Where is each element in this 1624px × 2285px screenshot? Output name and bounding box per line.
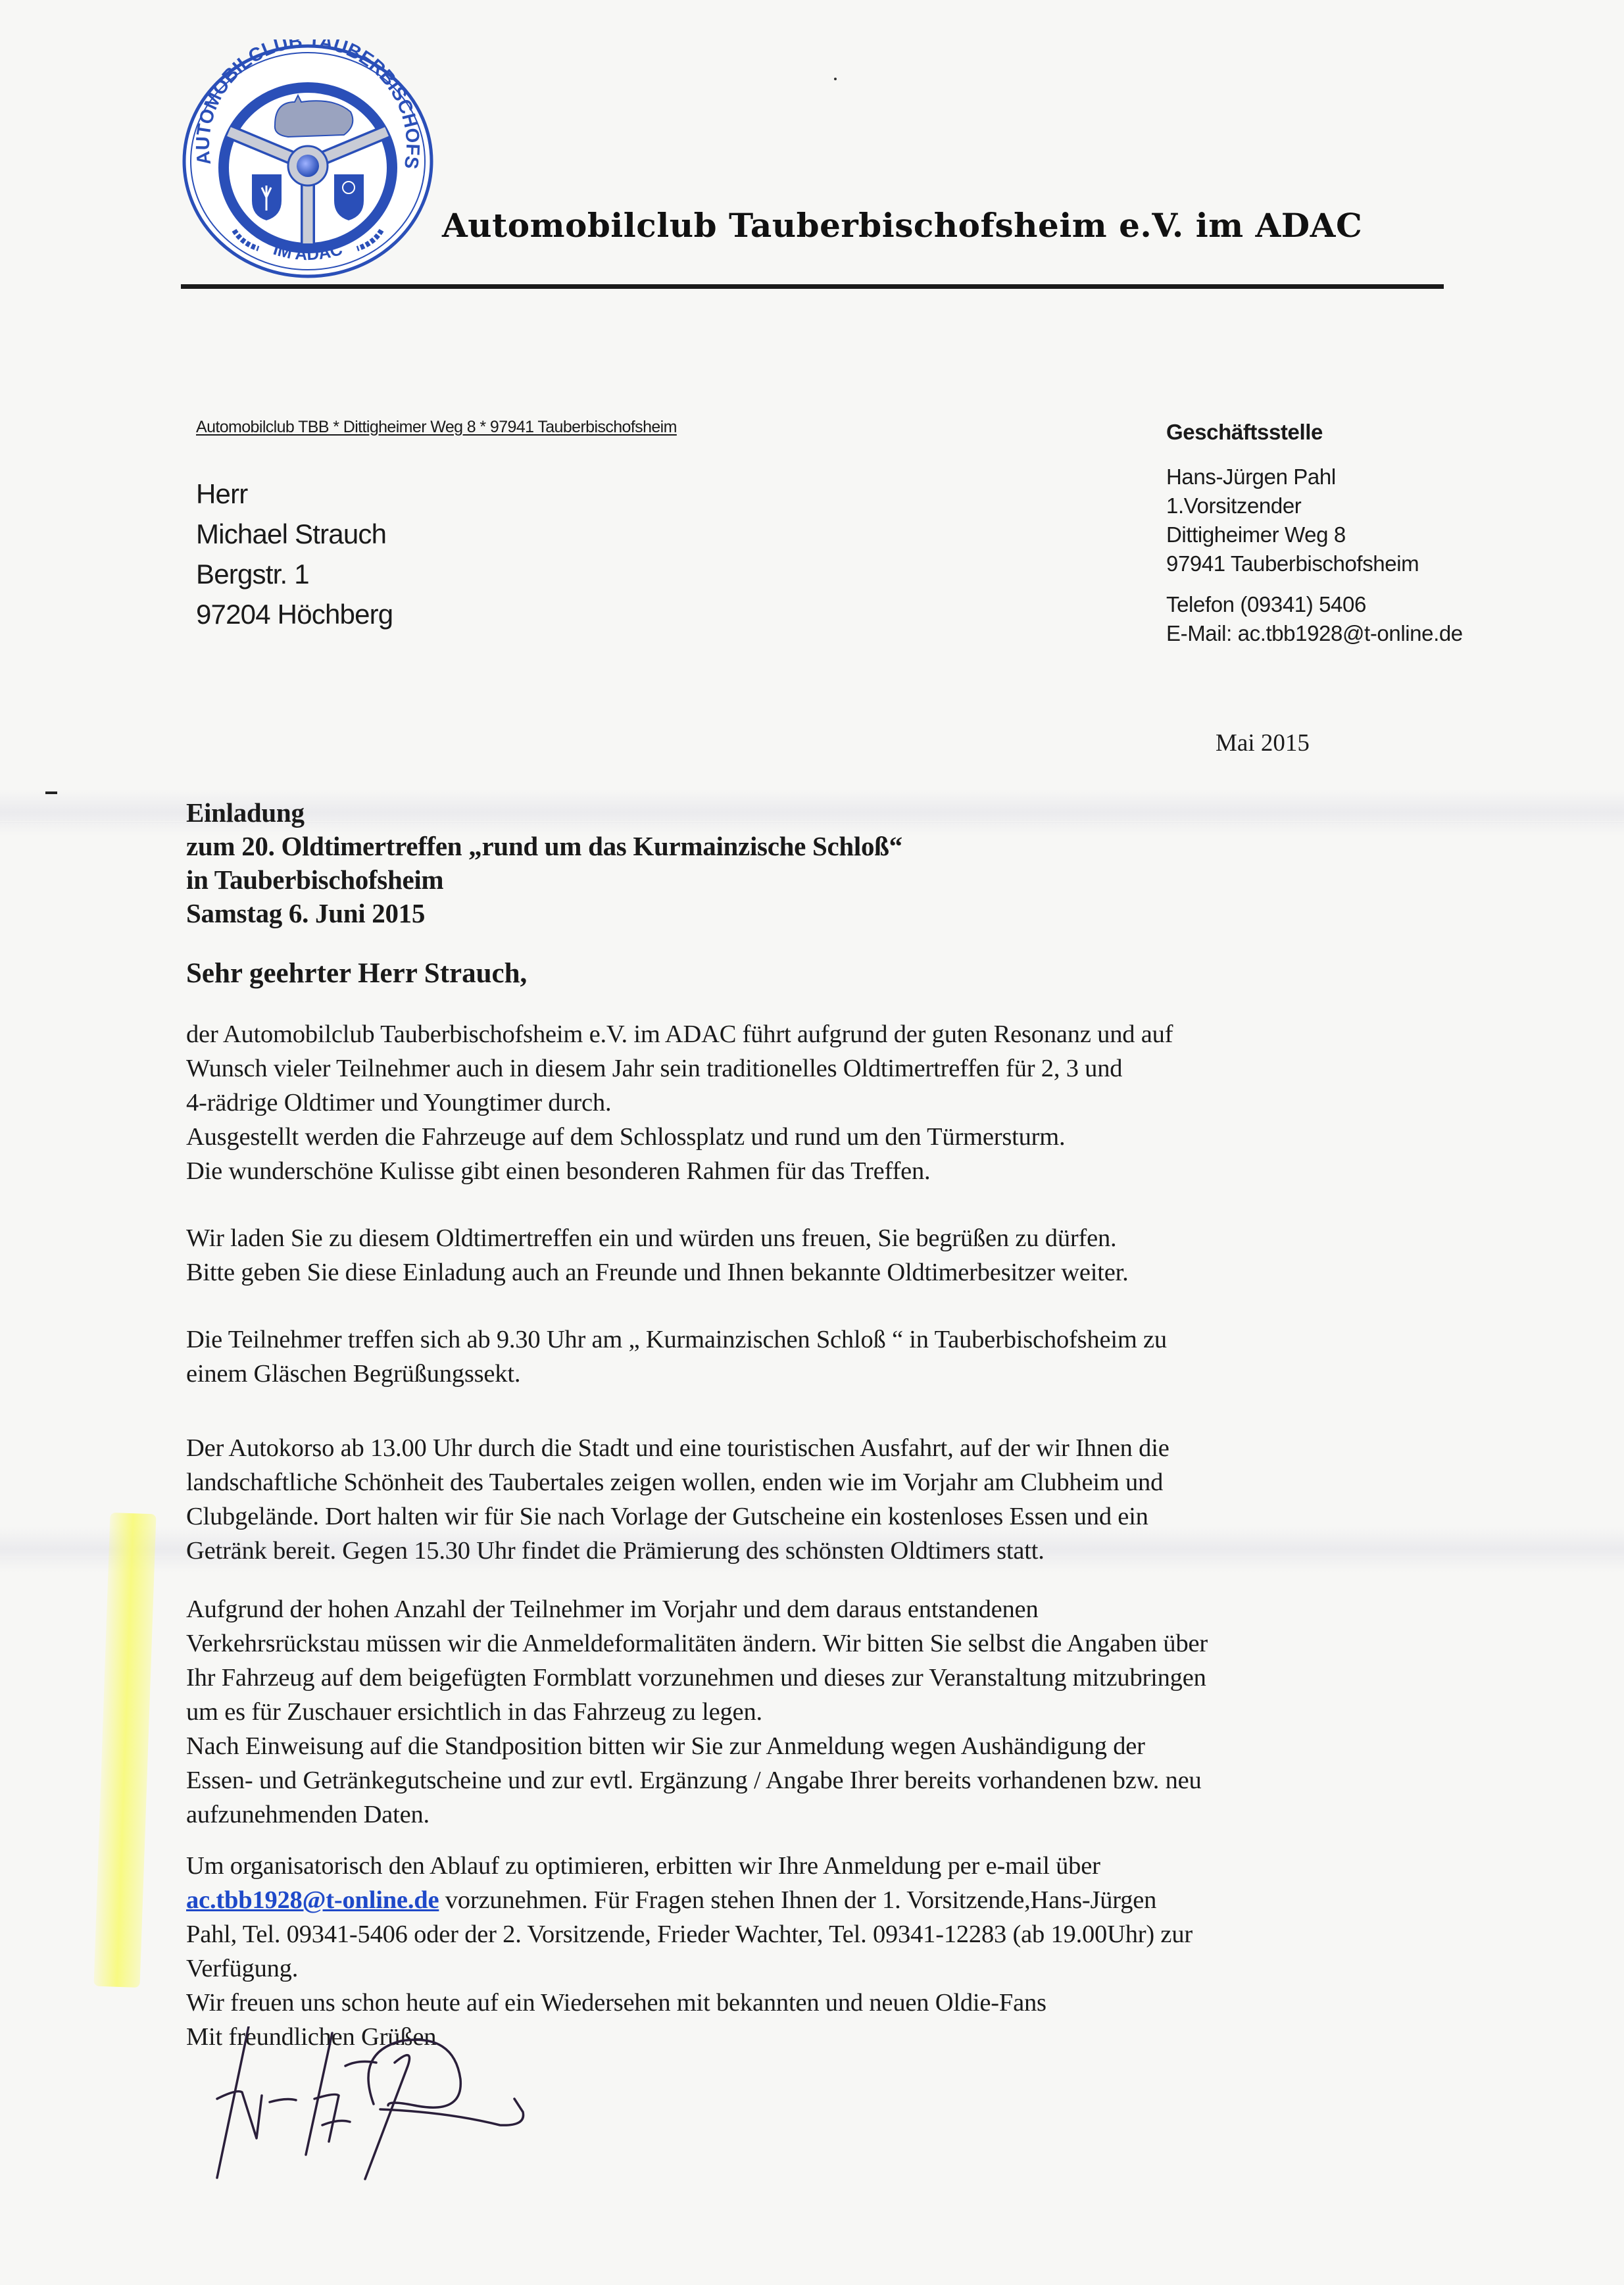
office-line: Hans-Jürgen Pahl [1166,463,1463,491]
handwritten-signature [197,2026,756,2197]
body-line: Pahl, Tel. 09341-5406 oder der 2. Vorsit… [186,1917,1436,1951]
body-line: Bitte geben Sie diese Einladung auch an … [186,1255,1436,1290]
paragraph-meeting: Die Teilnehmer treffen sich ab 9.30 Uhr … [186,1322,1436,1391]
paragraph-registration: Aufgrund der hohen Anzahl der Teilnehmer… [186,1592,1436,1832]
paragraph-contact: Um organisatorisch den Ablauf zu optimie… [186,1849,1436,2054]
office-line: Dittigheimer Weg 8 [1166,520,1463,549]
sender-return-address: Automobilclub TBB * Dittigheimer Weg 8 *… [196,418,677,437]
body-line: Ihr Fahrzeug auf dem beigefügten Formbla… [186,1661,1436,1695]
subject-line: Samstag 6. Juni 2015 [186,897,902,930]
letter-page: AUTOMOBILCLUB TAUBERBISCHOFSHEIM e.V. IM… [0,0,1624,2285]
salutation: Sehr geehrter Herr Strauch, [186,957,527,990]
recipient-line: Michael Strauch [196,514,393,554]
paragraph-program: Der Autokorso ab 13.00 Uhr durch die Sta… [186,1431,1436,1568]
body-line: Verfügung. [186,1951,1436,1986]
margin-mark [45,791,57,794]
recipient-line: Herr [196,474,393,514]
office-heading: Geschäftsstelle [1166,418,1463,447]
recipient-line: Bergstr. 1 [196,554,393,594]
body-line: Wunsch vieler Teilnehmer auch in diesem … [186,1051,1436,1086]
body-line: 4-rädrige Oldtimer und Youngtimer durch. [186,1086,1436,1120]
speck [834,78,837,80]
office-contact-block: Geschäftsstelle Hans-Jürgen Pahl 1.Vorsi… [1166,418,1463,648]
body-line: Clubgelände. Dort halten wir für Sie nac… [186,1499,1436,1534]
subject-line: Einladung [186,796,902,830]
organization-title: Automobilclub Tauberbischofsheim e.V. im… [442,206,1362,245]
paragraph-intro: der Automobilclub Tauberbischofsheim e.V… [186,1017,1436,1188]
body-line: aufzunehmenden Daten. [186,1797,1436,1832]
body-line: Essen- und Getränkegutscheine und zur ev… [186,1763,1436,1797]
office-phone: Telefon (09341) 5406 [1166,590,1463,619]
club-emblem-steering-wheel-icon: AUTOMOBILCLUB TAUBERBISCHOFSHEIM e.V. IM… [176,39,439,283]
body-line: einem Gläschen Begrüßungssekt. [186,1357,1436,1391]
body-line: Aufgrund der hohen Anzahl der Teilnehmer… [186,1592,1436,1626]
body-line: Der Autokorso ab 13.00 Uhr durch die Sta… [186,1431,1436,1465]
body-line: ac.tbb1928@t-online.de vorzunehmen. Für … [186,1883,1436,1917]
subject-block: Einladung zum 20. Oldtimertreffen „rund … [186,796,902,930]
body-line: Ausgestellt werden die Fahrzeuge auf dem… [186,1120,1436,1154]
body-line: Wir laden Sie zu diesem Oldtimertreffen … [186,1221,1436,1255]
letter-date: Mai 2015 [1216,729,1310,757]
body-line: Nach Einweisung auf die Standposition bi… [186,1729,1436,1763]
office-line: 1.Vorsitzender [1166,491,1463,520]
body-line: landschaftliche Schönheit des Taubertale… [186,1465,1436,1499]
body-line: Um organisatorisch den Ablauf zu optimie… [186,1849,1436,1883]
body-line: Die wunderschöne Kulisse gibt einen beso… [186,1154,1436,1188]
body-line: Verkehrsrückstau müssen wir die Anmeldef… [186,1626,1436,1661]
highlighter-mark [93,1513,156,1988]
recipient-address: Herr Michael Strauch Bergstr. 1 97204 Hö… [196,474,393,634]
recipient-line: 97204 Höchberg [196,594,393,634]
subject-line: zum 20. Oldtimertreffen „rund um das Kur… [186,830,902,863]
body-line: um es für Zuschauer ersichtlich in das F… [186,1695,1436,1729]
paragraph-invitation: Wir laden Sie zu diesem Oldtimertreffen … [186,1221,1436,1290]
header-divider [181,284,1444,289]
body-line: der Automobilclub Tauberbischofsheim e.V… [186,1017,1436,1051]
subject-line: in Tauberbischofsheim [186,863,902,897]
body-line: Die Teilnehmer treffen sich ab 9.30 Uhr … [186,1322,1436,1357]
office-line: 97941 Tauberbischofsheim [1166,549,1463,578]
email-link[interactable]: ac.tbb1928@t-online.de [186,1886,439,1914]
body-line: Getränk bereit. Gegen 15.30 Uhr findet d… [186,1534,1436,1568]
office-email: E-Mail: ac.tbb1928@t-online.de [1166,619,1463,648]
body-text: vorzunehmen. Für Fragen stehen Ihnen der… [439,1886,1156,1914]
body-line: Wir freuen uns schon heute auf ein Wiede… [186,1986,1436,2020]
